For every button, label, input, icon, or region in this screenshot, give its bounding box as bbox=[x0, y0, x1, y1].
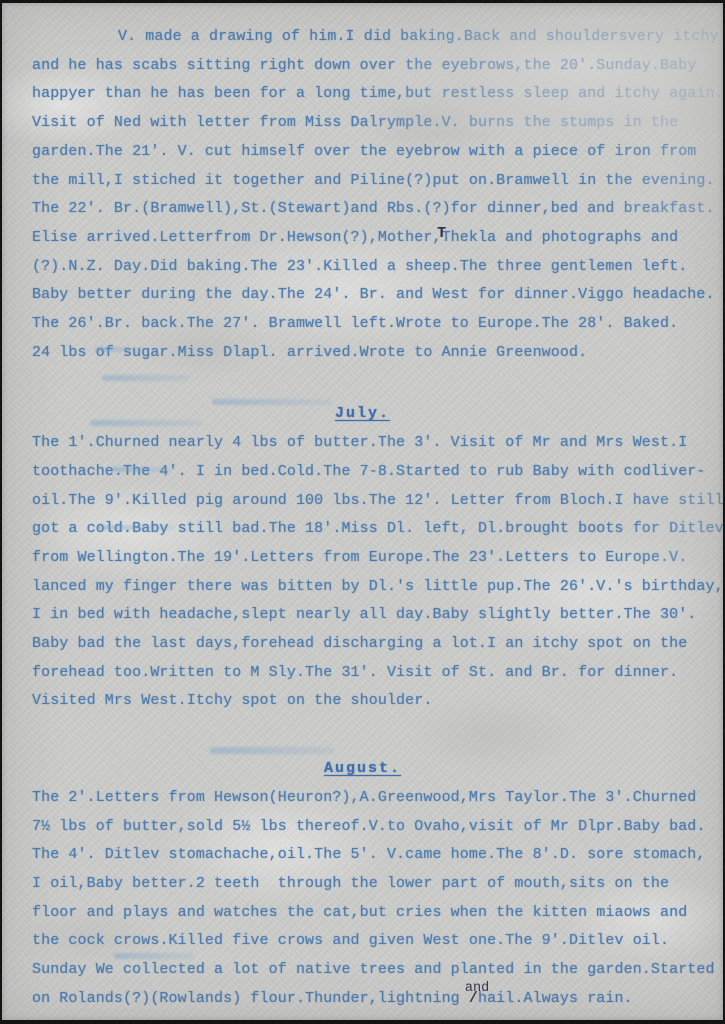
diary-line: 24 lbs of sugar.Miss Dlapl. arrived.Wrot… bbox=[32, 339, 723, 368]
diary-line: The 22'. Br.(Bramwell),St.(Stewart)and R… bbox=[32, 195, 723, 224]
diary-line: forehead too.Written to M Sly.The 31'. V… bbox=[32, 659, 723, 688]
diary-line: lanced my finger there was bitten by Dl.… bbox=[32, 573, 723, 602]
diary-text: V. made a drawing of him.I did baking.Ba… bbox=[2, 3, 723, 1020]
diary-line: garden.The 21'. V. cut himself over the … bbox=[32, 138, 723, 167]
diary-line: the cock crows.Killed five crows and giv… bbox=[32, 927, 723, 956]
diary-line: got a cold.Baby still bad.The 18'.Miss D… bbox=[32, 515, 723, 544]
diary-line: Baby better during the day.The 24'. Br. … bbox=[32, 281, 723, 310]
diary-line: The 2'.Letters from Hewson(Heuron?),A.Gr… bbox=[32, 784, 723, 813]
diary-line: Visited Mrs West.Itchy spot on the shoul… bbox=[32, 687, 723, 716]
diary-line: floor and plays and watches the cat,but … bbox=[32, 899, 723, 928]
diary-line: Elise arrived.Letterfrom Dr.Hewson(?),Mo… bbox=[32, 224, 723, 253]
diary-line: toothache.The 4'. I in bed.Cold.The 7-8.… bbox=[32, 458, 723, 487]
diary-line: The 4'. Ditlev stomachache,oil.The 5'. V… bbox=[32, 841, 723, 870]
diary-line: The 26'.Br. back.The 27'. Bramwell left.… bbox=[32, 310, 723, 339]
overstrike-mark: T bbox=[437, 225, 446, 242]
diary-line: I oil,Baby better.2 teeth through the lo… bbox=[32, 870, 723, 899]
month-heading-august: August. bbox=[32, 755, 725, 784]
diary-line: V. made a drawing of him.I did baking.Ba… bbox=[32, 23, 723, 52]
diary-line: oil.The 9'.Killed pig around 100 lbs.The… bbox=[32, 487, 723, 516]
inserted-word-and: and bbox=[465, 975, 489, 1004]
insertion-point: and/ bbox=[469, 990, 478, 1007]
diary-line: and he has scabs sitting right down over… bbox=[32, 52, 723, 81]
diary-line: 7½ lbs of butter,sold 5½ lbs thereof.V.t… bbox=[32, 813, 723, 842]
diary-line: Visit of Ned with letter from Miss Dalry… bbox=[32, 109, 723, 138]
diary-line: from Wellington.The 19'.Letters from Eur… bbox=[32, 544, 723, 573]
line-text-before: on Rolands(?)(Rowlands) flour.Thunder,li… bbox=[32, 990, 469, 1007]
diary-line: I in bed with headache,slept nearly all … bbox=[32, 601, 723, 630]
diary-line: the mill,I stiched it together and Pilin… bbox=[32, 167, 723, 196]
line-text-after: hail.Always rain. bbox=[478, 990, 633, 1007]
diary-line: (?).N.Z. Day.Did baking.The 23'.Killed a… bbox=[32, 253, 723, 282]
month-heading-july: July. bbox=[32, 400, 725, 429]
diary-line-with-insertion: on Rolands(?)(Rowlands) flour.Thunder,li… bbox=[32, 985, 723, 1014]
diary-line: Sunday We collected a lot of native tree… bbox=[32, 956, 723, 985]
diary-line: Baby bad the last days,forehead discharg… bbox=[32, 630, 723, 659]
diary-line: The 1'.Churned nearly 4 lbs of butter.Th… bbox=[32, 429, 723, 458]
diary-line: happyer than he has been for a long time… bbox=[32, 80, 723, 109]
scanned-diary-page: V. made a drawing of him.I did baking.Ba… bbox=[0, 0, 725, 1024]
